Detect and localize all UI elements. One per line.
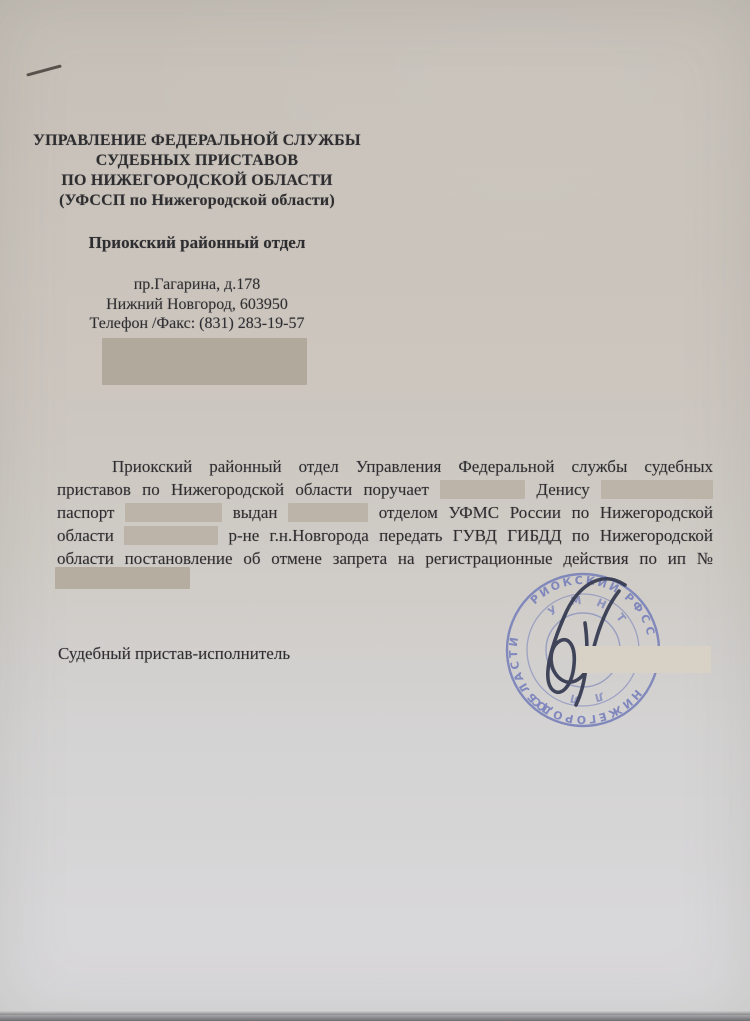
body-line-3-text-c: отделом УФМС России по Нижегородской bbox=[379, 503, 713, 522]
redaction-box-header bbox=[102, 338, 307, 385]
scanned-document-page: УПРАВЛЕНИЕ ФЕДЕРАЛЬНОЙ СЛУЖБЫ СУДЕБНЫХ П… bbox=[0, 0, 750, 1021]
letterhead: УПРАВЛЕНИЕ ФЕДЕРАЛЬНОЙ СЛУЖБЫ СУДЕБНЫХ П… bbox=[16, 131, 378, 211]
org-name-line-3: ПО НИЖЕГОРОДСКОЙ ОБЛАСТИ bbox=[16, 171, 378, 191]
address-street: пр.Гагарина, д.178 bbox=[16, 275, 378, 295]
pen-stroke-mark bbox=[26, 64, 62, 76]
redaction-box-passport bbox=[125, 503, 222, 522]
org-abbreviation-line: (УФССП по Нижегородской области) bbox=[16, 191, 378, 211]
redaction-box-patronymic bbox=[601, 480, 713, 499]
org-name-line-2: СУДЕБНЫХ ПРИСТАВОВ bbox=[16, 151, 378, 171]
body-line-4: области р-не г.н.Новгорода передать ГУВД… bbox=[57, 524, 713, 547]
stamp-inner-text-top: У М Н Т bbox=[545, 593, 631, 628]
stamp-inner-text-top-path: У М Н Т bbox=[545, 593, 631, 628]
handwritten-signature bbox=[548, 579, 625, 705]
address-block: пр.Гагарина, д.178 Нижний Новгород, 6039… bbox=[16, 275, 378, 334]
signer-title: Судебный пристав-исполнитель bbox=[58, 644, 290, 664]
redaction-box-case-number bbox=[55, 567, 190, 589]
redaction-box-district bbox=[124, 526, 218, 545]
scan-bottom-edge bbox=[0, 1015, 750, 1021]
body-line-4-text-b: р-не г.н.Новгорода передать ГУВД ГИБДД п… bbox=[228, 526, 713, 545]
body-line-3-text-a: паспорт bbox=[57, 503, 115, 522]
body-line-4-text-a: области bbox=[57, 526, 114, 545]
letter-body: Приокский районный отдел Управления Феде… bbox=[57, 455, 713, 570]
redaction-box-name bbox=[440, 480, 525, 499]
redaction-box-over-stamp bbox=[577, 646, 711, 673]
address-city: Нижний Новгород, 603950 bbox=[16, 295, 378, 315]
org-name-line-1: УПРАВЛЕНИЕ ФЕДЕРАЛЬНОЙ СЛУЖБЫ bbox=[16, 131, 378, 151]
department-name: Приокский районный отдел bbox=[16, 233, 378, 253]
body-line-2: приставов по Нижегородской области поруч… bbox=[57, 478, 713, 501]
redaction-box-issue-date bbox=[288, 503, 368, 522]
body-line-2-text-b: Денису bbox=[536, 480, 589, 499]
body-line-3-text-b: выдан bbox=[233, 503, 278, 522]
address-phone: Телефон /Факс: (831) 283-19-57 bbox=[16, 314, 378, 334]
body-line-1: Приокский районный отдел Управления Феде… bbox=[57, 455, 713, 478]
body-line-2-text-a: приставов по Нижегородской области поруч… bbox=[57, 480, 429, 499]
body-line-3: паспорт выдан отделом УФМС России по Ниж… bbox=[57, 501, 713, 524]
